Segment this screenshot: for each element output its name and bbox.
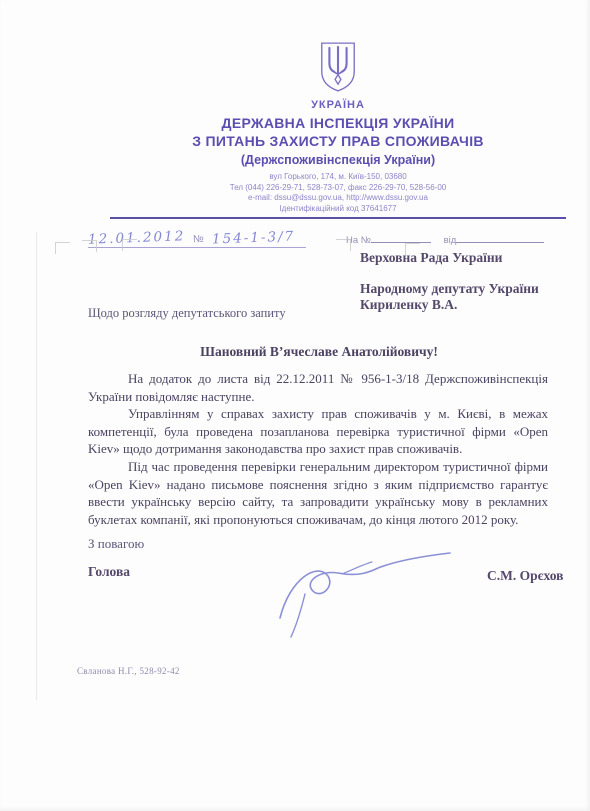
letter-body: На додаток до листа від 22.12.2011 № 956… [88, 370, 548, 528]
body-paragraph-2: Управлінням у справах захисту прав спожи… [88, 405, 548, 458]
reply-no-blank [371, 233, 431, 243]
org-short-name: (Держспоживінспекція України) [110, 152, 566, 168]
registration-mark [55, 242, 70, 254]
body-paragraph-1: На додаток до листа від 22.12.2011 № 956… [88, 370, 548, 405]
registration-mark [122, 239, 137, 251]
signer-name: С.М. Орєхов [487, 568, 563, 584]
org-id-code: Ідентифікаційний код 37641677 [110, 204, 566, 215]
subject-line: Щодо розгляду депутатського запиту [88, 306, 286, 321]
registration-mark [82, 240, 97, 252]
signer-position: Голова [88, 564, 130, 580]
country-name: УКРАЇНА [110, 99, 566, 111]
scanned-letter-page: УКРАЇНА ДЕРЖАВНА ІНСПЕКЦІЯ УКРАЇНИ З ПИТ… [0, 0, 590, 811]
org-title-line1: ДЕРЖАВНА ІНСПЕКЦІЯ УКРАЇНИ [110, 114, 566, 132]
addressee-organization: Верховна Рада України [360, 250, 575, 266]
org-title-line2: З ПИТАНЬ ЗАХИСТУ ПРАВ СПОЖИВАЧІВ [110, 132, 566, 150]
outgoing-number-field: 12.01.2012 № 154-1-3/7 [88, 229, 306, 248]
closing-regards: З повагою [88, 536, 144, 552]
addressee-position: Народному депутату України [360, 281, 575, 297]
reply-from-blank [456, 233, 544, 243]
org-phones: Тел (044) 226-29-71, 528-73-07, факс 226… [110, 183, 566, 194]
scan-edge-line [36, 232, 37, 700]
org-address: вул Горького, 174, м. Київ-150, 03680 [110, 172, 566, 183]
addressee-name: Кириленку В.А. [360, 297, 575, 313]
number-sign: № [193, 234, 204, 245]
addressee-block: Верховна Рада України Народному депутату… [360, 250, 575, 313]
reply-to-field: На № від [346, 233, 544, 246]
reference-row: 12.01.2012 № 154-1-3/7 На № від [88, 224, 566, 252]
executor-contact: Свланова Н.Г., 528-92-42 [77, 666, 180, 676]
letterhead: УКРАЇНА ДЕРЖАВНА ІНСПЕКЦІЯ УКРАЇНИ З ПИТ… [110, 40, 566, 219]
handwritten-number: 154-1-3/7 [212, 229, 296, 248]
reply-from-label: від [444, 235, 457, 246]
body-paragraph-3: Під час проведення перевірки генеральним… [88, 458, 548, 528]
org-email-web: e-mail: dssu@dssu.gov.ua, http://www.dss… [110, 193, 566, 204]
letterhead-rule [110, 217, 566, 219]
handwritten-signature [272, 544, 457, 639]
salutation: Шановний В’ячеславе Анатолійовичу! [88, 344, 550, 360]
registration-mark [336, 239, 351, 251]
ukraine-trident-emblem-icon [317, 40, 359, 94]
